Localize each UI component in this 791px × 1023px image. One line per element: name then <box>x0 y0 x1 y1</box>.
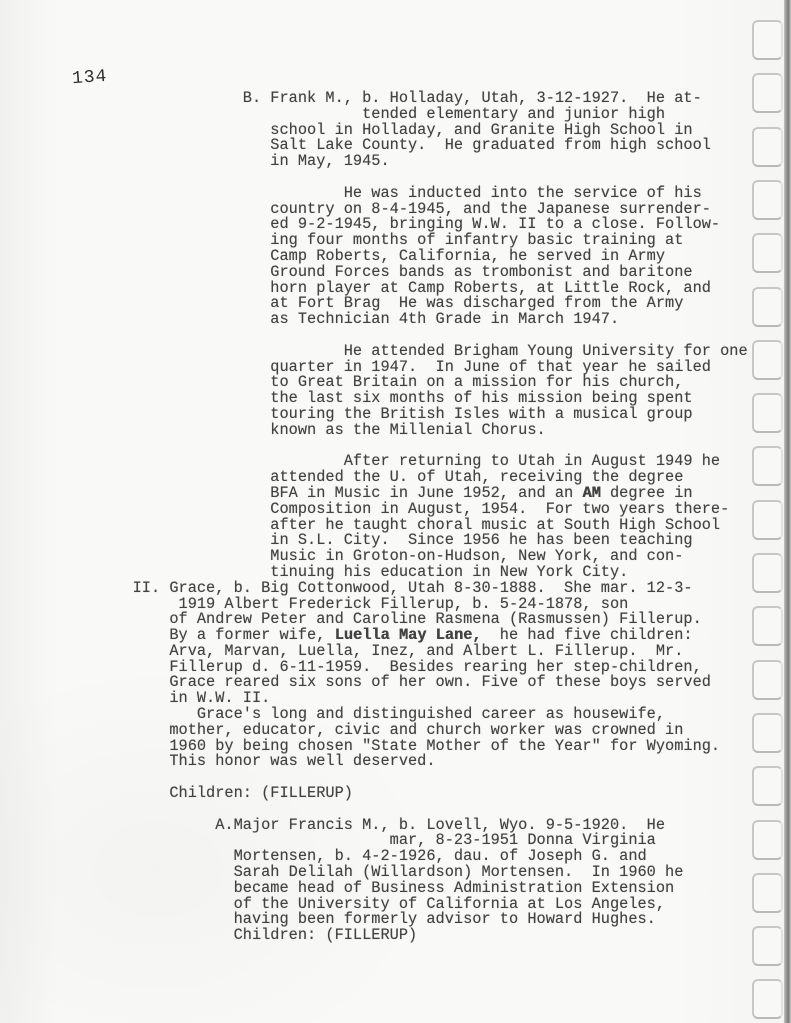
binding-hole-mark <box>752 926 783 966</box>
page-edge-line <box>784 0 791 1023</box>
binding-hole-mark <box>752 233 783 273</box>
document-line: known as the Millenial Chorus. <box>50 423 748 439</box>
binding-hole-mark <box>752 660 783 700</box>
binding-hole-mark <box>752 713 783 753</box>
binding-hole-mark <box>752 766 783 806</box>
binding-hole-mark <box>752 979 783 1019</box>
document-line: This honor was well deserved. <box>50 754 748 770</box>
binding-hole-mark <box>752 20 783 60</box>
scanned-document-page: 134 B. Frank M., b. Holladay, Utah, 3-12… <box>0 0 791 1023</box>
document-line: as Technician 4th Grade in March 1947. <box>50 312 748 328</box>
document-line: Children: (FILLERUP) <box>50 786 748 802</box>
binding-hole-mark <box>752 500 783 540</box>
binding-hole-mark <box>752 127 783 167</box>
binding-hole-mark <box>752 873 783 913</box>
page-number: 134 <box>71 67 108 89</box>
binding-hole-mark <box>752 340 783 380</box>
binding-hole-mark <box>752 393 783 433</box>
document-line: in May, 1945. <box>50 154 748 170</box>
document-text-block: B. Frank M., b. Holladay, Utah, 3-12-192… <box>50 91 748 944</box>
document-line: Children: (FILLERUP) <box>50 928 748 944</box>
binding-hole-mark <box>752 606 783 646</box>
binding-hole-mark <box>752 446 783 486</box>
binding-hole-mark <box>752 180 783 220</box>
binding-hole-mark <box>752 287 783 327</box>
binding-hole-mark <box>752 553 783 593</box>
binding-hole-mark <box>752 73 783 113</box>
binding-hole-mark <box>752 820 783 860</box>
